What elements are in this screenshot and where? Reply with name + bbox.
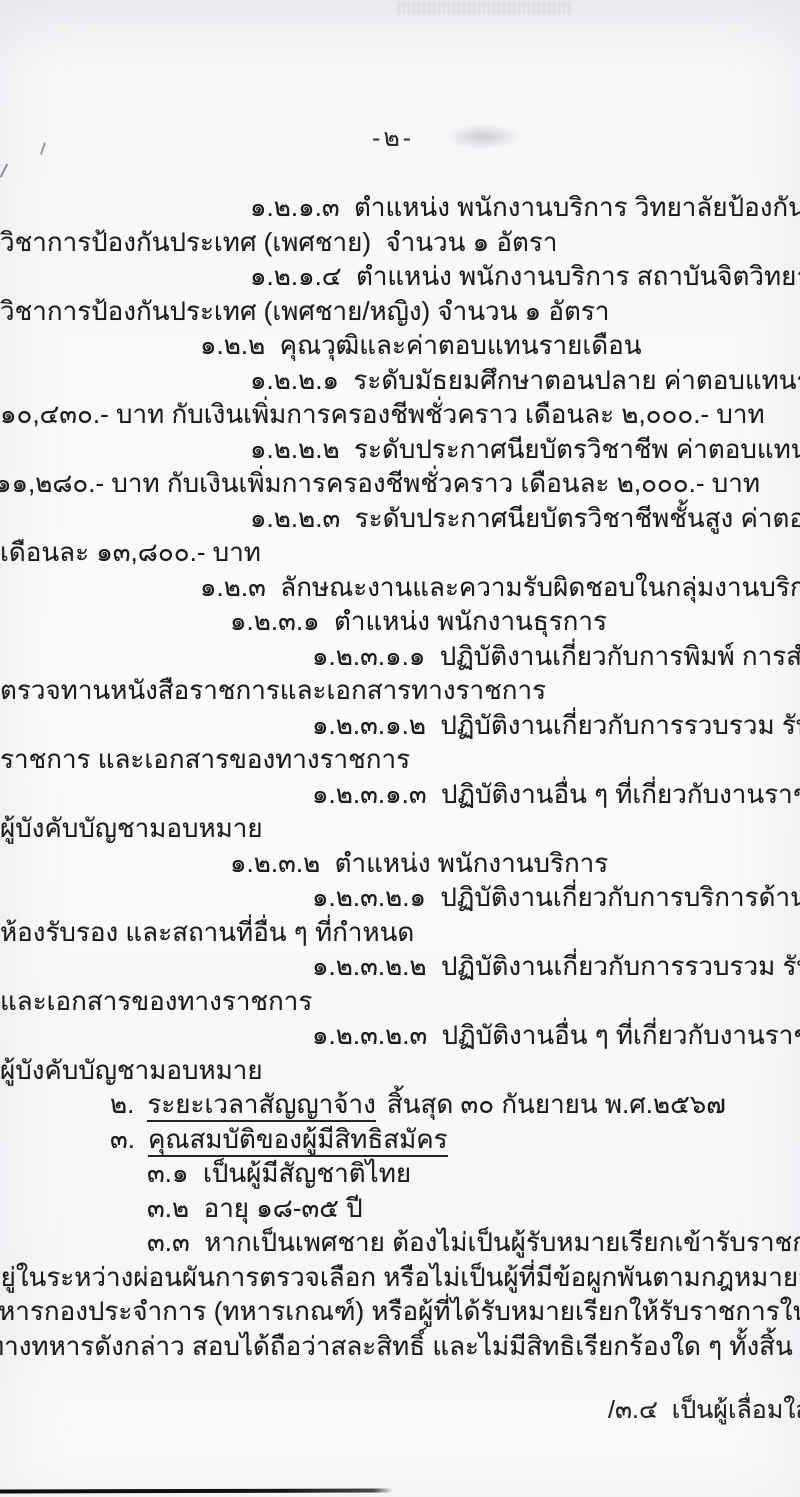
doc-line: ๑.๒.๓.๑.๓ ปฏิบัติงานอื่น ๆ ที่เกี่ยวกับง… <box>0 777 800 812</box>
doc-line: ๓.๒ อายุ ๑๘-๓๕ ปี <box>0 1191 800 1226</box>
doc-line: ตรวจทานหนังสือราชการและเอกสารทางราชการ <box>0 673 800 708</box>
scan-edge-artifact <box>0 1488 393 1493</box>
page-continuation-note: /๓.๔ เป็นผู้เลื่อมใส... <box>608 1390 800 1430</box>
document-body: ๑.๒.๑.๓ ตำแหน่ง พนักงานบริการ วิทยาลัยป้… <box>0 190 800 1363</box>
doc-line: เดือนละ ๑๓,๘๐๐.- บาท <box>0 535 800 570</box>
section-topic-underlined: ระยะเวลาสัญญาจ้าง <box>147 1089 375 1122</box>
doc-line: ๑.๒.๓.๑.๑ ปฏิบัติงานเกี่ยวกับการพิมพ์ กา… <box>0 639 800 674</box>
doc-line: ๑.๒.๓.๑ ตำแหน่ง พนักงานธุรการ <box>0 604 800 639</box>
pen-mark-artifact <box>0 163 8 177</box>
doc-line: ๑.๒.๓.๒.๒ ปฏิบัติงานเกี่ยวกับการรวบรวม ร… <box>0 949 800 984</box>
doc-line: ๑.๒.๓ ลักษณะงานและความรับผิดชอบในกลุ่มงา… <box>0 570 800 605</box>
scanned-document-page: -๒- ๑.๒.๑.๓ ตำแหน่ง พนักงานบริการ วิทยาล… <box>0 0 800 1497</box>
scan-smudge-artifact <box>444 124 522 150</box>
doc-line: ๑.๒.๒ คุณวุฒิและค่าตอบแทนรายเดือน <box>0 328 800 363</box>
page-number: -๒- <box>372 118 414 158</box>
section-2-heading-line: ๒.ระยะเวลาสัญญาจ้างสิ้นสุด ๓๐ กันยายน พ.… <box>0 1087 800 1122</box>
doc-line: ๓.๓ หากเป็นเพศชาย ต้องไม่เป็นผู้รับหมายเ… <box>0 1225 800 1260</box>
doc-line: ๑.๒.๒.๒ ระดับประกาศนียบัตรวิชาชีพ ค่าตอบ… <box>0 432 800 467</box>
doc-line: ๑.๒.๑.๔ ตำแหน่ง พนักงานบริการ สถาบันจิตว… <box>0 259 800 294</box>
doc-line: ๑.๒.๓.๒.๑ ปฏิบัติงานเกี่ยวกับการบริการด้… <box>0 880 800 915</box>
doc-line: วิชาการป้องกันประเทศ (เพศชาย) จำนวน ๑ อั… <box>0 225 800 260</box>
section-heading-rest: สิ้นสุด ๓๐ กันยายน พ.ศ.๒๕๖๗ <box>387 1089 726 1119</box>
doc-line: ทหารกองประจำการ (ทหารเกณฑ์) หรือผู้ที่ได… <box>0 1294 800 1329</box>
doc-line: วิชาการป้องกันประเทศ (เพศชาย/หญิง) จำนวน… <box>0 294 800 329</box>
doc-line: ๑๑,๒๘๐.- บาท กับเงินเพิ่มการครองชีพชั่วค… <box>0 466 800 501</box>
doc-line: และเอกสารของทางราชการ <box>0 984 800 1019</box>
section-number: ๓. <box>110 1124 135 1154</box>
section-number: ๒. <box>110 1089 134 1119</box>
doc-line: ๑.๒.๑.๓ ตำแหน่ง พนักงานบริการ วิทยาลัยป้… <box>0 190 800 225</box>
doc-line: ๓.๑ เป็นผู้มีสัญชาติไทย <box>0 1156 800 1191</box>
section-topic-underlined: คุณสมบัติของผู้มีสิทธิสมัคร <box>148 1124 448 1157</box>
doc-line: ๑.๒.๒.๑ ระดับมัธยมศึกษาตอนปลาย ค่าตอบแทน… <box>0 363 800 398</box>
pen-mark-artifact <box>40 142 46 155</box>
doc-line: ราชการ และเอกสารของทางราชการ <box>0 742 800 777</box>
section-3-heading-line: ๓.คุณสมบัติของผู้มีสิทธิสมัคร <box>0 1122 800 1157</box>
doc-line: ๑๐,๔๓๐.- บาท กับเงินเพิ่มการครองชีพชั่วค… <box>0 397 800 432</box>
doc-line: ทางทหารดังกล่าว สอบได้ถือว่าสละสิทธิ์ แล… <box>0 1329 800 1364</box>
doc-line: ๑.๒.๓.๒.๓ ปฏิบัติงานอื่น ๆ ที่เกี่ยวกับง… <box>0 1018 800 1053</box>
doc-line: ๑.๒.๓.๑.๒ ปฏิบัติงานเกี่ยวกับการรวบรวม ร… <box>0 708 800 743</box>
doc-line: ผู้บังคับบัญชามอบหมาย <box>0 811 800 846</box>
doc-line: ๑.๒.๒.๓ ระดับประกาศนียบัตรวิชาชีพชั้นสูง… <box>0 501 800 536</box>
scan-smudge-artifact <box>398 2 573 15</box>
doc-line: ห้องรับรอง และสถานที่อื่น ๆ ที่กำหนด <box>0 915 800 950</box>
doc-line: ๑.๒.๓.๒ ตำแหน่ง พนักงานบริการ <box>0 846 800 881</box>
doc-line: อยู่ในระหว่างผ่อนผันการตรวจเลือก หรือไม่… <box>0 1260 800 1295</box>
doc-line: ผู้บังคับบัญชามอบหมาย <box>0 1053 800 1088</box>
